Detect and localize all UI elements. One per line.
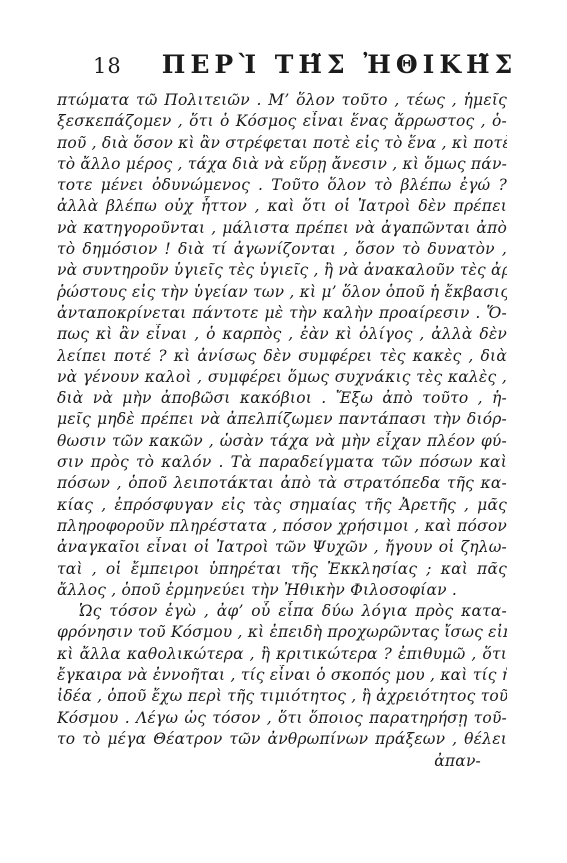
text-line: νὰ συντηροῦν ὑγιεῖς τὲς ὑγιεῖς , ἢ νὰ ἀν… [57,260,507,281]
text-line: θωσιν τῶν κακῶν , ὡσὰν τάχα νὰ μὴν εἶχαν… [57,431,507,452]
body-text: πτώματα τῶ Πολιτειῶν . Μ’ ὅλον τοῦτο , τ… [57,90,507,772]
text-line: ἀνταποκρίνεται πάντοτε μὲ τὴν καλὴν προα… [57,303,507,324]
text-line: τὸ δημόσιον ! διὰ τί ἀγωνίζονται , ὅσον … [57,239,507,260]
text-line: νὰ κατηγοροῦνται , μάλιστα πρέπει νὰ ἀγα… [57,218,507,239]
text-line: κίας , ἐπρόσφυγαν εἰς τὰς σημαίας τῆς Ἀρ… [57,495,507,516]
text-line: ἄλλος , ὁποῦ ἑρμηνεύει τὴν Ἠθικὴν Φιλοσο… [57,580,507,601]
text-line: διὰ νὰ μὴν ἀποβῶσι κακόβιοι . Ἔξω ἀπὸ το… [57,388,507,409]
text-line: ταὶ , οἱ ἔμπειροι ὑπηρέται τῆς Ἐκκλησίας… [57,559,507,580]
text-line: ἔγκαιρα νὰ ἐννοῆται , τίς εἶναι ὁ σκοπός… [57,665,507,686]
text-line: Κόσμου . Λέγω ὡς τόσον , ὅτι ὅποιος παρα… [57,708,507,729]
text-line: ποῦ , διὰ ὅσον κὶ ἂν στρέφεται ποτὲ εἰς … [57,133,507,154]
text-line: το τὸ μέγα Θέατρον τῶν ἀνθρωπίνων πράξεω… [57,729,507,750]
text-line: πως κὶ ἂν εἶναι , ὁ καρπὸς , ἐὰν κὶ ὀλίγ… [57,324,507,345]
text-line: Ὡς τόσον ἐγὼ , ἀφ’ οὗ εἶπα δύω λόγια πρὸ… [57,601,507,622]
page-title: ΠΕΡῚ ΤΗ̃Σ ἨΘΙΚΗ̃Σ [162,50,518,79]
text-line: ξεσκεπάζομεν , ὅτι ὁ Κόσμος εἶναι ἕνας ἄ… [57,111,507,132]
text-line: σιν πρὸς τὸ καλόν . Τὰ παραδείγματα τῶν … [57,452,507,473]
catchword: ἀπαν- [57,750,507,772]
text-line: πτώματα τῶ Πολιτειῶν . Μ’ ὅλον τοῦτο , τ… [57,90,507,111]
text-line: τοτε μένει ὀδυνώμενος . Τοῦτο ὅλον τὸ βλ… [57,175,507,196]
scanned-book-page: 18 ΠΕΡῚ ΤΗ̃Σ ἨΘΙΚΗ̃Σ πτώματα τῶ Πολιτειῶ… [0,0,567,863]
text-line: κὶ ἄλλα καθολικώτερα , ἢ κριτικώτερα ? ἐ… [57,644,507,665]
text-line: ἀναγκαῖοι εἶναι οἱ Ἰατροὶ τῶν Ψυχῶν , ἤγ… [57,537,507,558]
text-line: ἰδέα , ὁποῦ ἔχω περὶ τῆς τιμιότητος , ἢ … [57,686,507,707]
text-line: τὸ ἄλλο μέρος , τάχα διὰ νὰ εὕρῃ ἄνεσιν … [57,154,507,175]
text-line: ἀλλὰ βλέπω οὐχ ἧττον , καὶ ὅτι οἱ Ἰατροὶ… [57,196,507,217]
text-line: νὰ γένουν καλοὶ , συμφέρει ὅμως συχνάκις… [57,367,507,388]
text-line: πόσων , ὁποῦ λειποτάκται ἀπὸ τὰ στρατόπε… [57,473,507,494]
text-line: ῥώστους εἰς τὴν ὑγείαν των , κὶ μ’ ὅλον … [57,282,507,303]
text-line: πληροφοροῦν πληρέστατα , πόσον χρήσιμοι … [57,516,507,537]
running-header: 18 ΠΕΡῚ ΤΗ̃Σ ἨΘΙΚΗ̃Σ [57,50,507,79]
text-line: φρόνησιν τοῦ Κόσμου , κὶ ἐπειδὴ προχωρῶν… [57,622,507,643]
text-line: λείπει ποτέ ? κὶ ἀνίσως δὲν συμφέρει τὲς… [57,346,507,367]
page-number: 18 [93,54,122,78]
text-line: μεῖς μηδὲ πρέπει νὰ ἀπελπίζωμεν παντάπασ… [57,409,507,430]
